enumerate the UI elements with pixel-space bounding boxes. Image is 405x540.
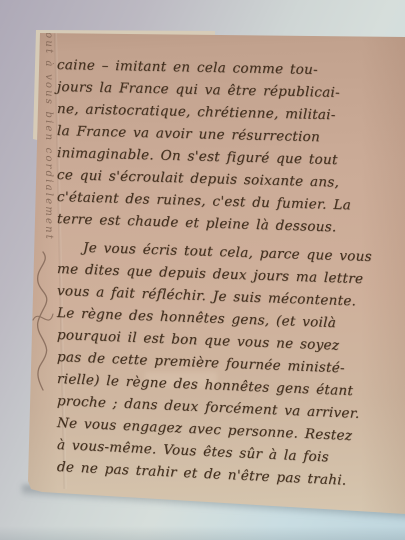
signature-flourish (29, 248, 55, 393)
letter-photograph: caine – imitant en cela comme tou-jours … (0, 0, 405, 540)
handwritten-text-block: caine – imitant en cela comme tou-jours … (57, 54, 405, 478)
letter-page: caine – imitant en cela comme tou-jours … (0, 0, 405, 540)
